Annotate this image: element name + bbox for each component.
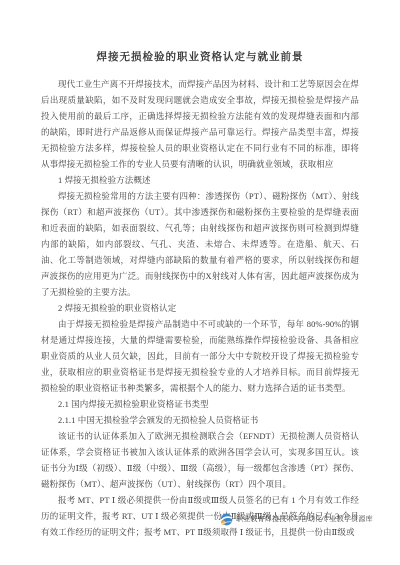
footer-brand-text: 职业教育焊接技术与自动化专业教学资源库 xyxy=(236,513,373,526)
document-content: 焊接无损检验的职业资格认定与就业前景 现代工业生产离不开焊接技术，而焊接产品因为… xyxy=(41,50,359,540)
heading-section-2-1-1: 2.1.1 中国无损检验学会颁发的无损检验人员资格证书 xyxy=(41,412,359,428)
footer-brand: 职业教育焊接技术与自动化专业教学资源库 xyxy=(220,513,373,526)
paragraph-intro: 现代工业生产离不开焊接技术，而焊接产品因为材料、设计和工艺等原因会在焊后出现质量… xyxy=(41,76,359,172)
globe-icon xyxy=(220,513,233,526)
heading-section-1: 1 焊接无损检验方法概述 xyxy=(41,172,359,188)
paragraph-ndt-methods: 焊接无损检验常用的方法主要有四种：渗透探伤（PT）、磁粉探伤（MT）、射线探伤（… xyxy=(41,188,359,300)
paragraph-qualification: 由于焊接无损检验是焊接产品制造中不可或缺的一个环节，每年 80%-90%的钢材是… xyxy=(41,316,359,396)
heading-section-2: 2 焊接无损检验的职业资格认定 xyxy=(41,300,359,316)
heading-section-2-1: 2.1 国内焊接无损检验职业资格证书类型 xyxy=(41,396,359,412)
paragraph-certificate-system: 该证书的认证体系加入了欧洲无损检测联合会（EFNDT）无损检测人员资格认证体系，… xyxy=(41,428,359,492)
document-page: 焊接无损检验的职业资格认定与就业前景 现代工业生产离不开焊接技术，而焊接产品因为… xyxy=(0,0,400,565)
document-title: 焊接无损检验的职业资格认定与就业前景 xyxy=(41,50,359,66)
